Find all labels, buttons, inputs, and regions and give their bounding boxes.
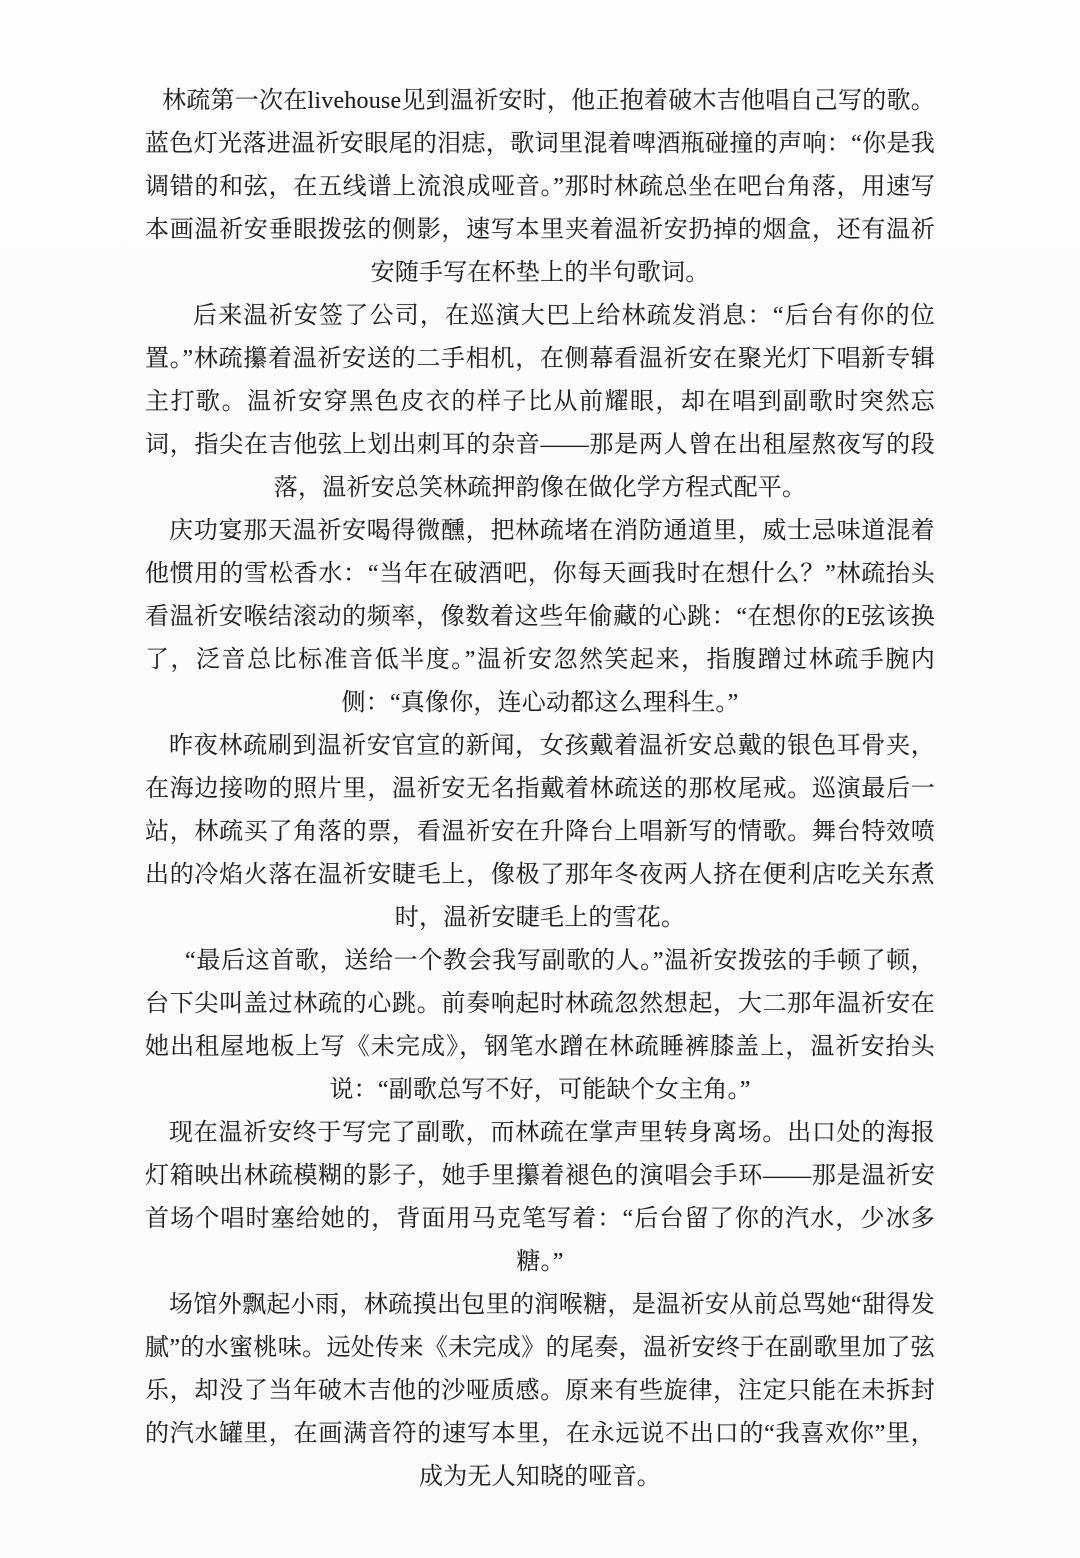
- story-paragraph-2: 后来温祈安签了公司，在巡演大巴上给林疏发消息：“后台有你的位置。”林疏攥着温祈安…: [145, 295, 935, 510]
- story-paragraph-6: 现在温祈安终于写完了副歌，而林疏在掌声里转身离场。出口处的海报灯箱映出林疏模糊的…: [145, 1112, 935, 1284]
- story-paragraph-3: 庆功宴那天温祈安喝得微醺，把林疏堵在消防通道里，威士忌味道混着他惯用的雪松香水：…: [145, 510, 935, 725]
- story-paragraph-7: 场馆外飘起小雨，林疏摸出包里的润喉糖，是温祈安从前总骂她“甜得发腻”的水蜜桃味。…: [145, 1284, 935, 1499]
- story-paragraph-4: 昨夜林疏刷到温祈安官宣的新闻，女孩戴着温祈安总戴的银色耳骨夹，在海边接吻的照片里…: [145, 725, 935, 940]
- story-paragraph-1: 林疏第一次在livehouse见到温祈安时，他正抱着破木吉他唱自己写的歌。蓝色灯…: [145, 80, 935, 295]
- document-page: 林疏第一次在livehouse见到温祈安时，他正抱着破木吉他唱自己写的歌。蓝色灯…: [0, 0, 1080, 1558]
- story-text-column: 林疏第一次在livehouse见到温祈安时，他正抱着破木吉他唱自己写的歌。蓝色灯…: [145, 80, 935, 1499]
- story-paragraph-5: “最后这首歌，送给一个教会我写副歌的人。”温祈安拨弦的手顿了顿，台下尖叫盖过林疏…: [145, 940, 935, 1112]
